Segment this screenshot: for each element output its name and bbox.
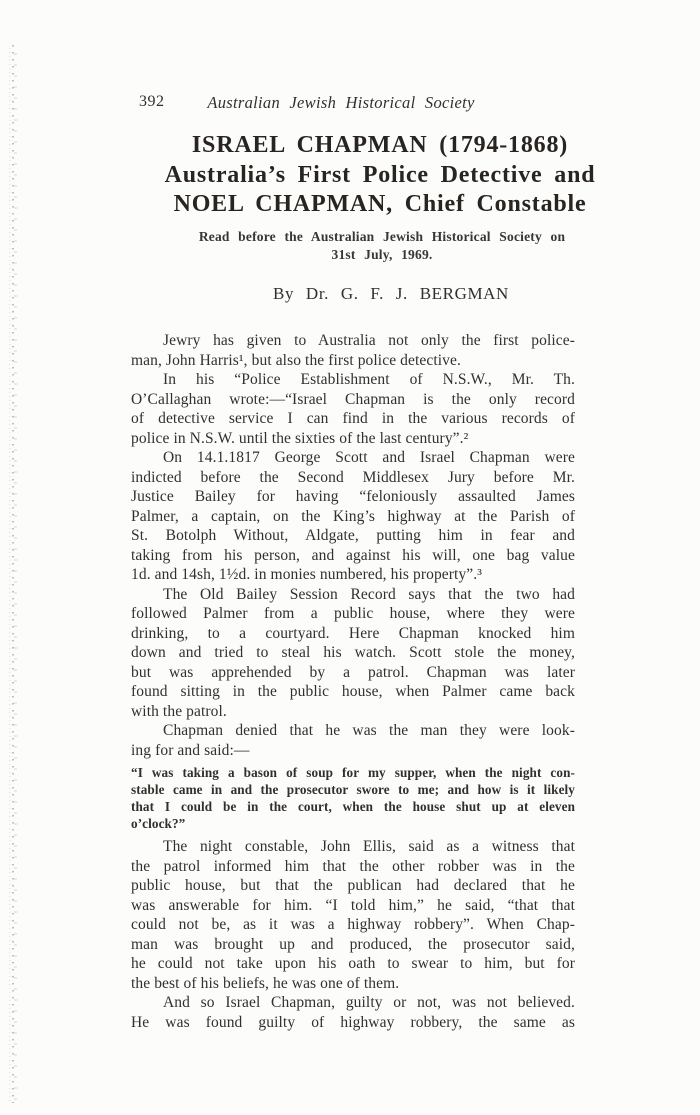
text-line: stable came in and the prosecutor swore … xyxy=(131,781,575,798)
text-line: indicted before the Second Middlesex Jur… xyxy=(131,468,575,488)
text-line: down and tried to steal his watch. Scott… xyxy=(131,643,575,663)
text-line: o’clock?” xyxy=(131,815,575,832)
article-title-line2: Australia’s First Police Detective and xyxy=(158,161,602,191)
text-line: 1d. and 14sh, 1½d. in monies numbered, h… xyxy=(131,565,575,585)
paragraph: Jewry has given to Australia not only th… xyxy=(131,331,575,370)
text-line: Palmer, a captain, on the King’s highway… xyxy=(131,507,575,527)
text-line: St. Botolph Without, Aldgate, putting hi… xyxy=(131,526,575,546)
text-line: police in N.S.W. until the sixties of th… xyxy=(131,429,575,449)
text-line: the patrol informed him that the other r… xyxy=(131,857,575,877)
block-quote: “I was taking a bason of soup for my sup… xyxy=(131,764,575,832)
text-line: the best of his beliefs, he was one of t… xyxy=(131,974,575,994)
article-body: Jewry has given to Australia not only th… xyxy=(131,331,575,1032)
text-line: but was apprehended by a patrol. Chapman… xyxy=(131,663,575,683)
text-line: man, John Harris¹, but also the first po… xyxy=(131,351,575,371)
running-head: 392 Australian Jewish Historical Society xyxy=(131,93,575,113)
text-line: of detective service I can find in the v… xyxy=(131,409,575,429)
article-title-line1: ISRAEL CHAPMAN (1794-1868) xyxy=(158,131,602,161)
paragraph: The night constable, John Ellis, said as… xyxy=(131,837,575,993)
text-line: that I could be in the court, when the h… xyxy=(131,798,575,815)
text-line: followed Palmer from a public house, whe… xyxy=(131,604,575,624)
text-line: found sitting in the public house, when … xyxy=(131,682,575,702)
paragraph: Chapman denied that he was the man they … xyxy=(131,721,575,760)
text-line: could not be, as it was a highway robber… xyxy=(131,915,575,935)
text-line: taking from his person, and against his … xyxy=(131,546,575,566)
article-title-line3: NOEL CHAPMAN, Chief Constable xyxy=(158,190,602,220)
text-line: On 14.1.1817 George Scott and Israel Cha… xyxy=(131,448,575,468)
presentation-note-line2: 31st July, 1969. xyxy=(160,246,604,264)
text-line: man was brought up and produced, the pro… xyxy=(131,935,575,955)
text-line: The Old Bailey Session Record says that … xyxy=(131,585,575,605)
text-line: was answerable for him. “I told him,” he… xyxy=(131,896,575,916)
presentation-note: Read before the Australian Jewish Histor… xyxy=(160,228,604,263)
text-line: public house, but that the publican had … xyxy=(131,876,575,896)
paragraph: In his “Police Establishment of N.S.W., … xyxy=(131,370,575,448)
byline: By Dr. G. F. J. BERGMAN xyxy=(169,284,613,304)
text-line: And so Israel Chapman, guilty or not, wa… xyxy=(131,993,575,1013)
text-line: with the patrol. xyxy=(131,702,575,722)
text-line: Justice Bailey for having “feloniously a… xyxy=(131,487,575,507)
text-line: The night constable, John Ellis, said as… xyxy=(131,837,575,857)
journal-title: Australian Jewish Historical Society xyxy=(119,93,563,113)
text-line: drinking, to a courtyard. Here Chapman k… xyxy=(131,624,575,644)
paragraph: On 14.1.1817 George Scott and Israel Cha… xyxy=(131,448,575,585)
paragraph: The Old Bailey Session Record says that … xyxy=(131,585,575,722)
scan-edge-artifact xyxy=(8,45,17,1103)
paragraph: And so Israel Chapman, guilty or not, wa… xyxy=(131,993,575,1032)
text-line: Jewry has given to Australia not only th… xyxy=(131,331,575,351)
text-line: “I was taking a bason of soup for my sup… xyxy=(131,764,575,781)
article-title: ISRAEL CHAPMAN (1794-1868) Australia’s F… xyxy=(158,131,602,220)
text-line: In his “Police Establishment of N.S.W., … xyxy=(131,370,575,390)
text-line: Chapman denied that he was the man they … xyxy=(131,721,575,741)
text-line: He was found guilty of highway robbery, … xyxy=(131,1013,575,1033)
text-line: he could not take upon his oath to swear… xyxy=(131,954,575,974)
scanned-document-page: 392 Australian Jewish Historical Society… xyxy=(0,0,700,1115)
text-line: ing for and said:— xyxy=(131,741,575,761)
presentation-note-line1: Read before the Australian Jewish Histor… xyxy=(160,228,604,246)
text-line: O’Callaghan wrote:—“Israel Chapman is th… xyxy=(131,390,575,410)
